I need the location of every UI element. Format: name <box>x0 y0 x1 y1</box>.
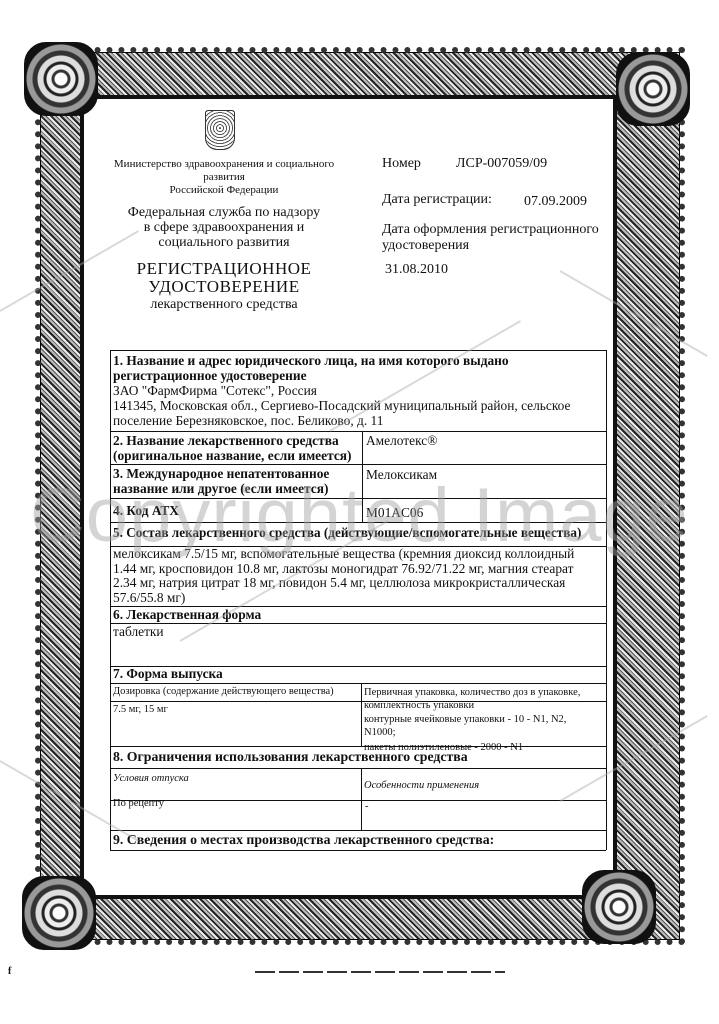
registration-details: Номер ЛСР-007059/09 Дата регистрации: 07… <box>382 156 607 278</box>
registration-number-value: ЛСР-007059/09 <box>456 156 547 172</box>
dosage-form-value: таблетки <box>113 624 164 640</box>
table-rule <box>110 850 606 851</box>
column-divider <box>361 683 362 746</box>
table-rule <box>110 431 606 432</box>
corner-ornament-bottom-left <box>22 876 96 950</box>
service-name: Федеральная служба по надзору в сфере зд… <box>106 205 342 250</box>
section-5-title: 5. Состав лекарственного средства (дейст… <box>113 525 605 541</box>
coat-of-arms-emblem-icon <box>205 110 235 150</box>
section-7-title: 7. Форма выпуска <box>113 666 223 682</box>
dosage-column-header: Дозировка (содержание действующего вещес… <box>113 685 334 698</box>
section-6-title: 6. Лекарственная форма <box>113 607 261 623</box>
usage-features-value: - <box>365 800 369 813</box>
section-9-title: 9. Сведения о местах производства лекарс… <box>113 832 494 848</box>
trade-name-value: Амелотекс® <box>366 433 437 449</box>
column-divider <box>362 431 363 522</box>
section-2-title: 2. Название лекарственного средства (ори… <box>113 433 359 463</box>
atc-code-value: M01AC06 <box>366 505 423 521</box>
issue-date-value: 31.08.2010 <box>385 262 607 278</box>
table-rule <box>110 498 606 499</box>
corner-ornament-top-right <box>616 52 690 126</box>
table-rule <box>110 522 606 523</box>
scan-mark: f <box>8 966 11 977</box>
registration-date-value: 07.09.2009 <box>524 194 587 210</box>
issue-date-row: Дата оформления регистрационного удостов… <box>382 222 607 278</box>
section-3-title: 3. Международное непатентованное названи… <box>113 466 359 496</box>
issuer-block: Министерство здравоохранения и социально… <box>106 158 342 313</box>
footer-dashed-line <box>255 971 505 973</box>
table-rule <box>110 623 606 624</box>
corner-ornament-bottom-right <box>582 870 656 944</box>
dispensing-conditions-header: Условия отпуска <box>113 773 189 784</box>
registration-number-label: Номер <box>382 156 421 171</box>
applicant-name-address: ЗАО "ФармФирма "Сотекс", Россия 141345, … <box>110 383 606 428</box>
table-rule <box>110 800 606 801</box>
section-8-title: 8. Ограничения использования лекарственн… <box>113 749 468 765</box>
document-subtitle: лекарственного средства <box>106 297 342 313</box>
packaging-column-header: Первичная упаковка, количество доз в упа… <box>364 686 604 712</box>
column-divider <box>361 768 362 830</box>
packaging-value: контурные ячейковые упаковки - 10 - N1, … <box>364 713 604 754</box>
registration-number-row: Номер ЛСР-007059/09 <box>382 156 607 192</box>
ministry-name: Министерство здравоохранения и социально… <box>106 158 342 197</box>
section-1: 1. Название и адрес юридического лица, н… <box>110 353 606 428</box>
corner-ornament-top-left <box>24 42 98 116</box>
table-border-right <box>606 350 607 850</box>
document-title: РЕГИСТРАЦИОННОЕ УДОСТОВЕРЕНИЕ <box>106 260 342 296</box>
inn-value: Мелоксикам <box>366 467 437 483</box>
usage-features-header: Особенности применения <box>364 780 479 791</box>
dosage-value: 7.5 мг, 15 мг <box>113 703 168 716</box>
dispensing-conditions-value: По рецепту <box>113 797 164 810</box>
composition-text: мелоксикам 7.5/15 мг, вспомогательные ве… <box>113 547 605 605</box>
section-1-title: 1. Название и адрес юридического лица, н… <box>110 353 606 383</box>
table-rule <box>110 830 606 831</box>
table-rule <box>110 464 606 465</box>
registration-date-label: Дата регистрации: <box>382 192 492 207</box>
table-rule <box>110 768 606 769</box>
table-rule <box>110 683 606 684</box>
section-4-title: 4. Код АТХ <box>113 503 179 519</box>
registration-date-row: Дата регистрации: 07.09.2009 <box>382 192 607 222</box>
table-rule <box>110 350 606 351</box>
